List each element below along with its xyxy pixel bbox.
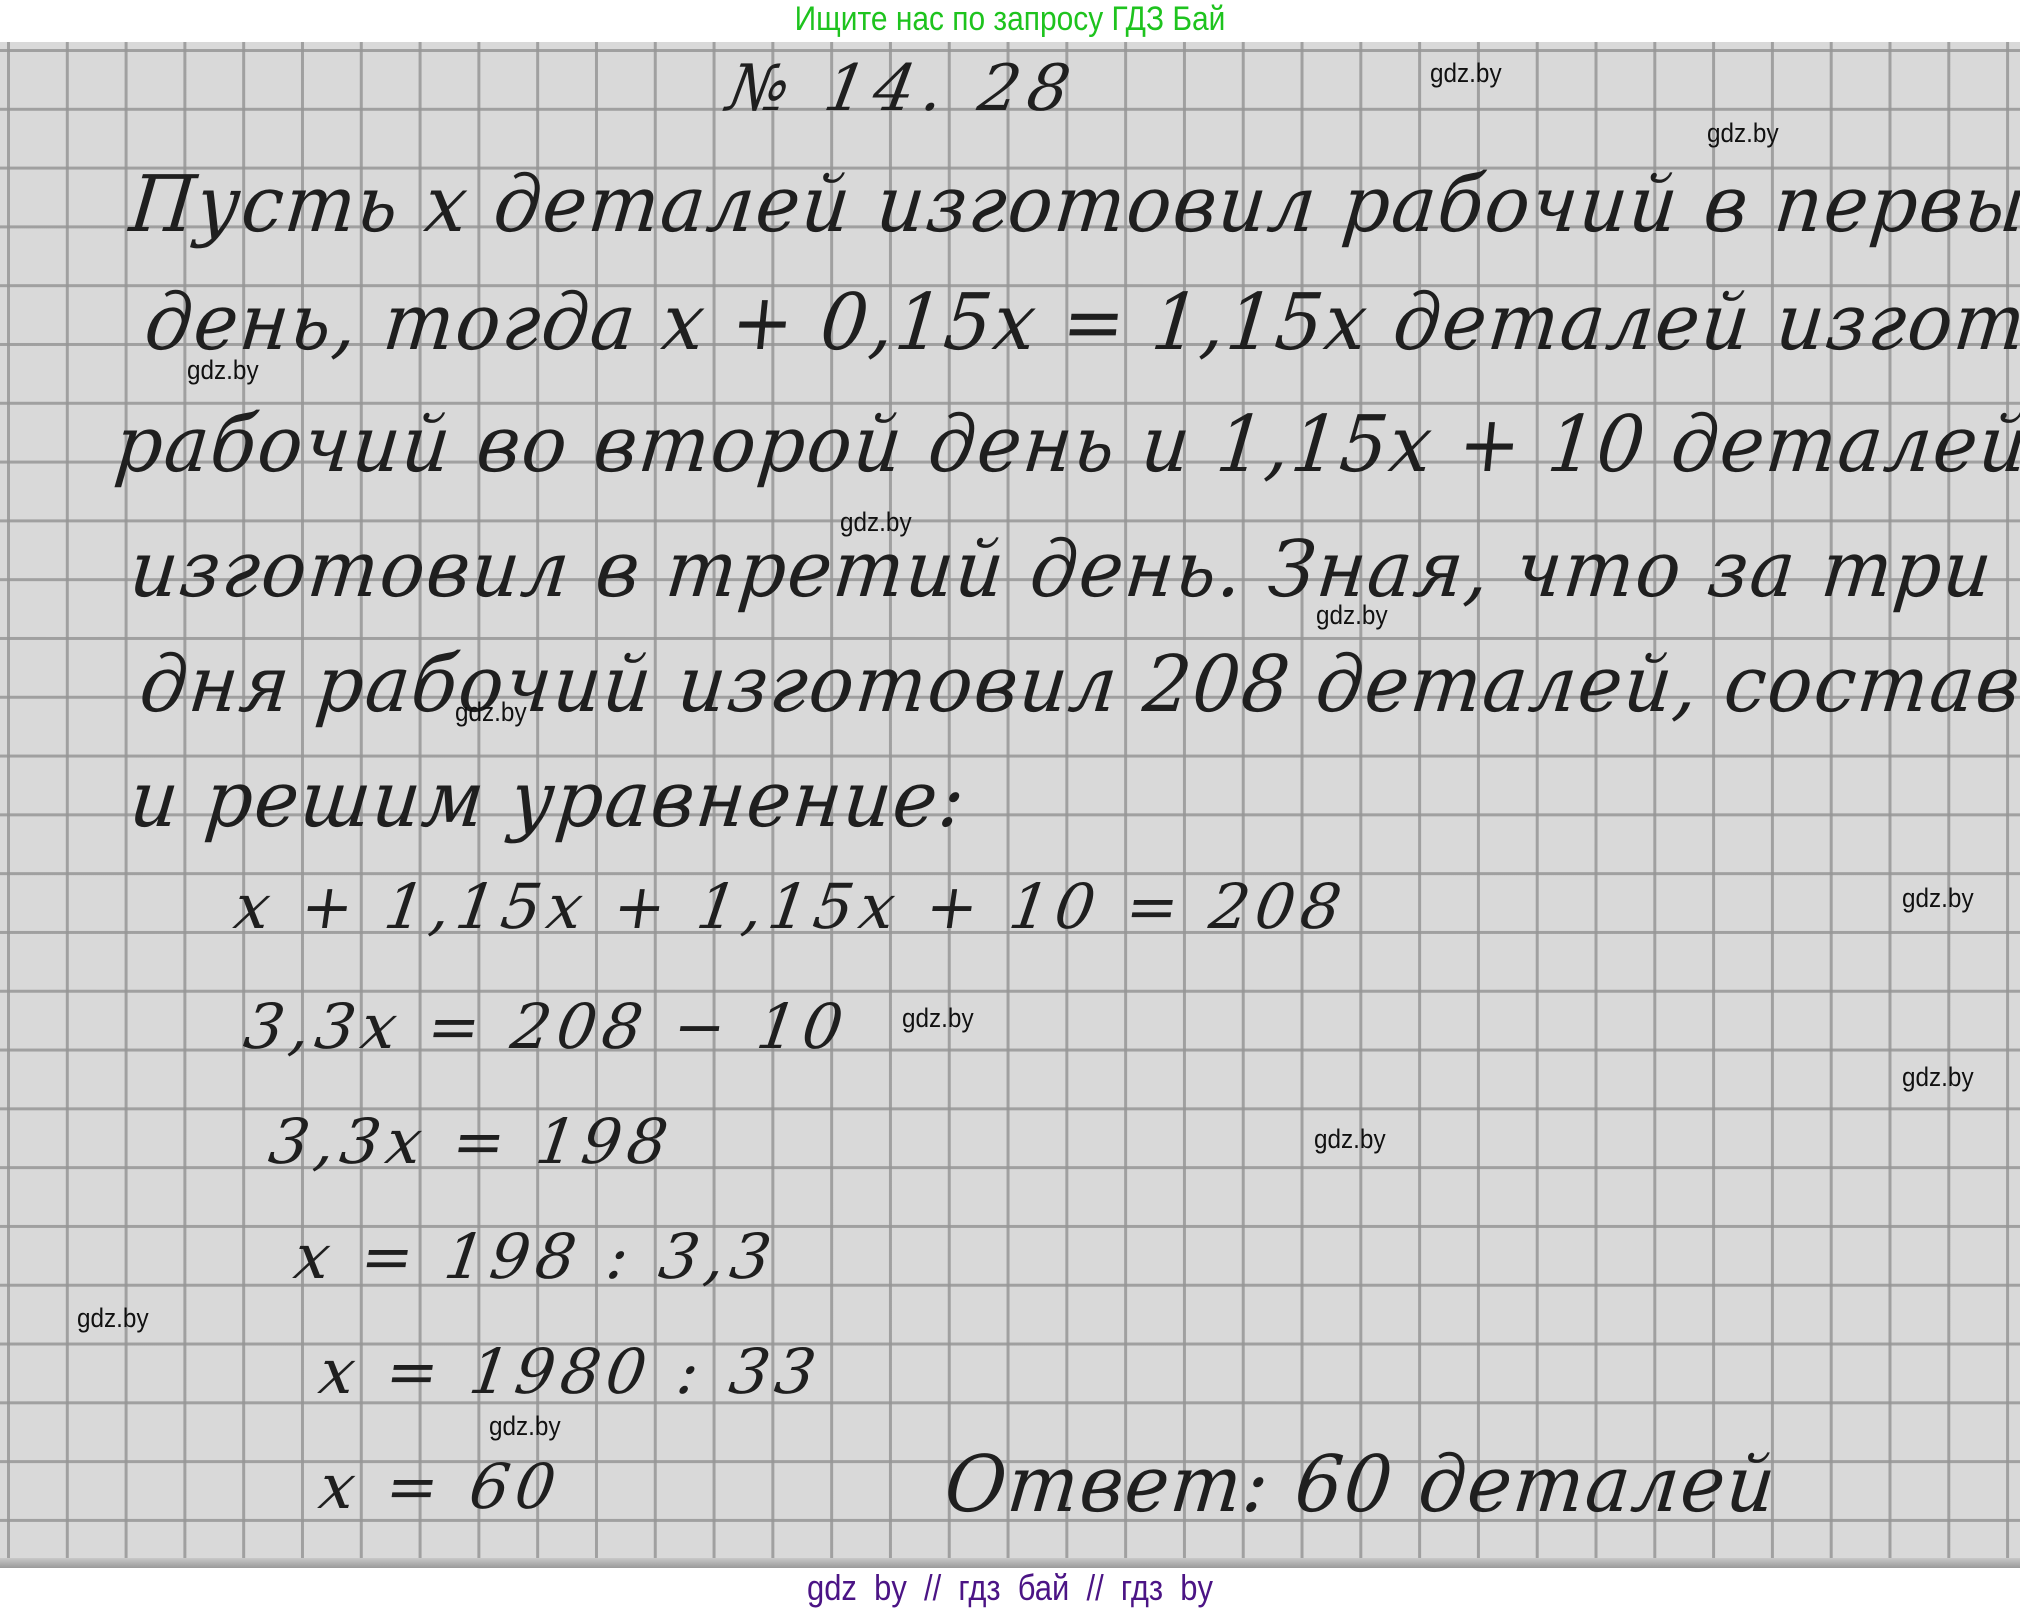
equation-3: 3,3x = 198: [265, 1105, 679, 1178]
equation-4: x = 198 : 3,3: [290, 1220, 782, 1293]
watermark: gdz.by: [902, 1003, 974, 1034]
watermark: gdz.by: [1314, 1124, 1386, 1155]
equation-6: x = 60: [315, 1450, 566, 1523]
watermark: gdz.by: [1902, 883, 1974, 914]
watermark: gdz.by: [489, 1411, 561, 1442]
solution-line-1: Пусть x деталей изготовил рабочий в перв…: [126, 160, 2020, 250]
watermark: gdz.by: [1707, 118, 1779, 149]
equation-1: x + 1,15x + 1,15x + 10 = 208: [230, 870, 1352, 943]
solution-line-6: и решим уравнение:: [126, 755, 970, 845]
search-hint-banner: Ищите нас по запросу ГДЗ Бай: [121, 0, 1899, 42]
footer-banner: gdz by // гдз бай // гдз by: [141, 1568, 1878, 1609]
equation-5: x = 1980 : 33: [315, 1335, 827, 1408]
solution-line-4: изготовил в третий день. Зная, что за тр…: [126, 525, 1998, 615]
solution-line-3: рабочий во второй день и 1,15x + 10 дета…: [111, 400, 2020, 490]
watermark: gdz.by: [77, 1303, 149, 1334]
watermark: gdz.by: [1902, 1062, 1974, 1093]
watermark: gdz.by: [840, 507, 912, 538]
answer-text: Ответ: 60 деталей: [941, 1440, 1781, 1530]
equation-2: 3,3x = 208 − 10: [240, 990, 854, 1063]
watermark: gdz.by: [1316, 600, 1388, 631]
watermark: gdz.by: [455, 697, 527, 728]
watermark: gdz.by: [1430, 58, 1502, 89]
watermark: gdz.by: [187, 355, 259, 386]
problem-number: № 14. 28: [722, 52, 1084, 126]
solution-line-2: день, тогда x + 0,15x = 1,15x деталей из…: [141, 278, 2020, 368]
solution-line-5: дня рабочий изготовил 208 деталей, соста…: [136, 640, 2020, 730]
